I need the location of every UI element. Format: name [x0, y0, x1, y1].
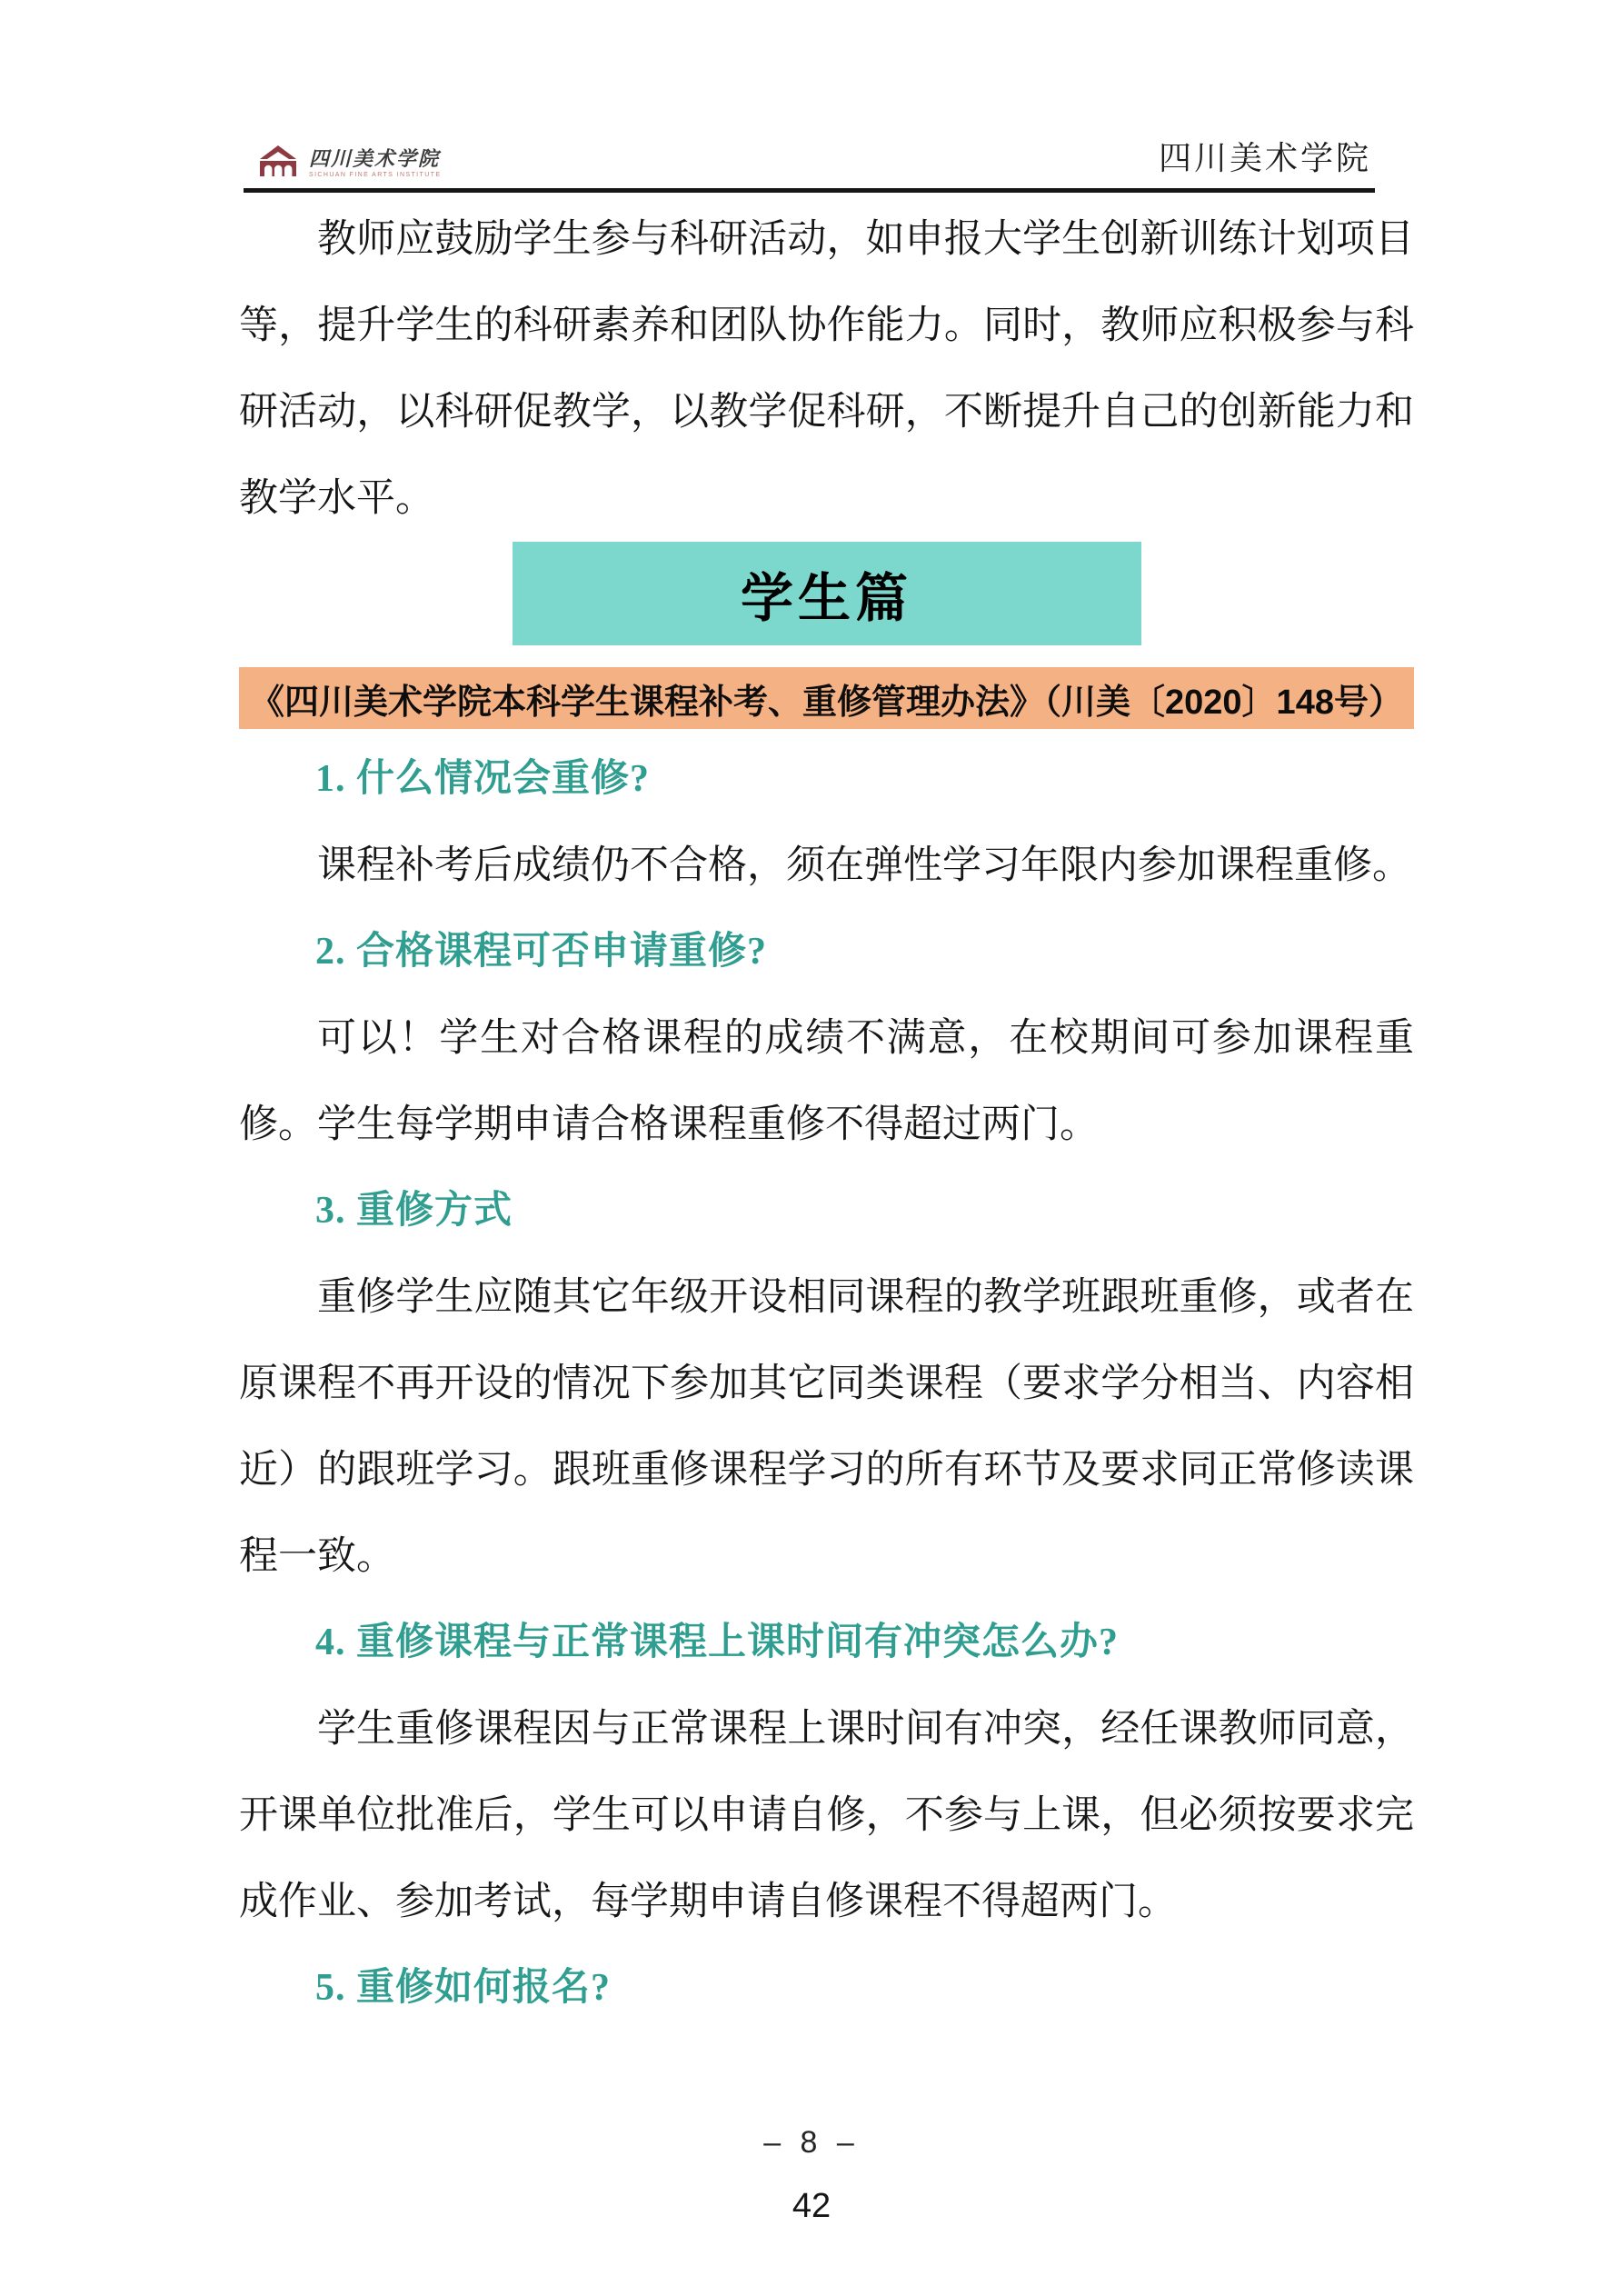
intro-paragraph: 教师应鼓励学生参与科研活动，如申报大学生创新训练计划项目等，提升学生的科研素养和… — [239, 196, 1414, 542]
institute-logo: 四川美术学院 SICHUAN FINE ARTS INSTITUTE — [258, 145, 441, 188]
institute-wordmark-en: SICHUAN FINE ARTS INSTITUTE — [309, 172, 441, 178]
qa-answer: 重修学生应随其它年级开设相同课程的教学班跟班重修，或者在原课程不再开设的情况下参… — [239, 1254, 1414, 1600]
header-title: 四川美术学院 — [1159, 133, 1371, 188]
qa-item: 3. 重修方式 重修学生应随其它年级开设相同课程的教学班跟班重修，或者在原课程不… — [239, 1168, 1414, 1600]
qa-answer: 可以！学生对合格课程的成绩不满意，在校期间可参加课程重修。学生每学期申请合格课程… — [239, 995, 1414, 1168]
content-column: 教师应鼓励学生参与科研活动，如申报大学生创新训练计划项目等，提升学生的科研素养和… — [239, 196, 1414, 2031]
institute-wordmark-cn: 四川美术学院 — [309, 149, 441, 169]
qa-answer: 课程补考后成绩仍不合格，须在弹性学习年限内参加课程重修。 — [239, 823, 1414, 909]
footer-page-number: 42 — [0, 2187, 1623, 2226]
institute-wordmark: 四川美术学院 SICHUAN FINE ARTS INSTITUTE — [309, 149, 441, 178]
qa-question: 3. 重修方式 — [239, 1168, 1414, 1254]
document-page: 四川美术学院 SICHUAN FINE ARTS INSTITUTE 四川美术学… — [0, 0, 1623, 2296]
qa-item: 1. 什么情况会重修? 课程补考后成绩仍不合格，须在弹性学习年限内参加课程重修。 — [239, 736, 1414, 909]
qa-question: 2. 合格课程可否申请重修? — [239, 909, 1414, 995]
section-banner: 学生篇 — [513, 542, 1141, 645]
qa-question: 4. 重修课程与正常课程上课时间有冲突怎么办? — [239, 1600, 1414, 1686]
qa-list: 1. 什么情况会重修? 课程补考后成绩仍不合格，须在弹性学习年限内参加课程重修。… — [239, 736, 1414, 2031]
policy-title-bar: 《四川美术学院本科学生课程补考、重修管理办法》（川美〔2020〕148号） — [239, 667, 1414, 729]
qa-item: 4. 重修课程与正常课程上课时间有冲突怎么办? 学生重修课程因与正常课程上课时间… — [239, 1600, 1414, 1945]
page-header: 四川美术学院 SICHUAN FINE ARTS INSTITUTE 四川美术学… — [244, 133, 1375, 193]
footer-page-label: – 8 – — [0, 2125, 1623, 2161]
qa-question: 5. 重修如何报名? — [239, 1945, 1414, 2031]
qa-answer: 学生重修课程因与正常课程上课时间有冲突，经任课教师同意，开课单位批准后，学生可以… — [239, 1686, 1414, 1945]
institute-building-icon — [258, 145, 298, 181]
qa-question: 1. 什么情况会重修? — [239, 736, 1414, 823]
qa-item: 5. 重修如何报名? — [239, 1945, 1414, 2031]
qa-item: 2. 合格课程可否申请重修? 可以！学生对合格课程的成绩不满意，在校期间可参加课… — [239, 909, 1414, 1168]
